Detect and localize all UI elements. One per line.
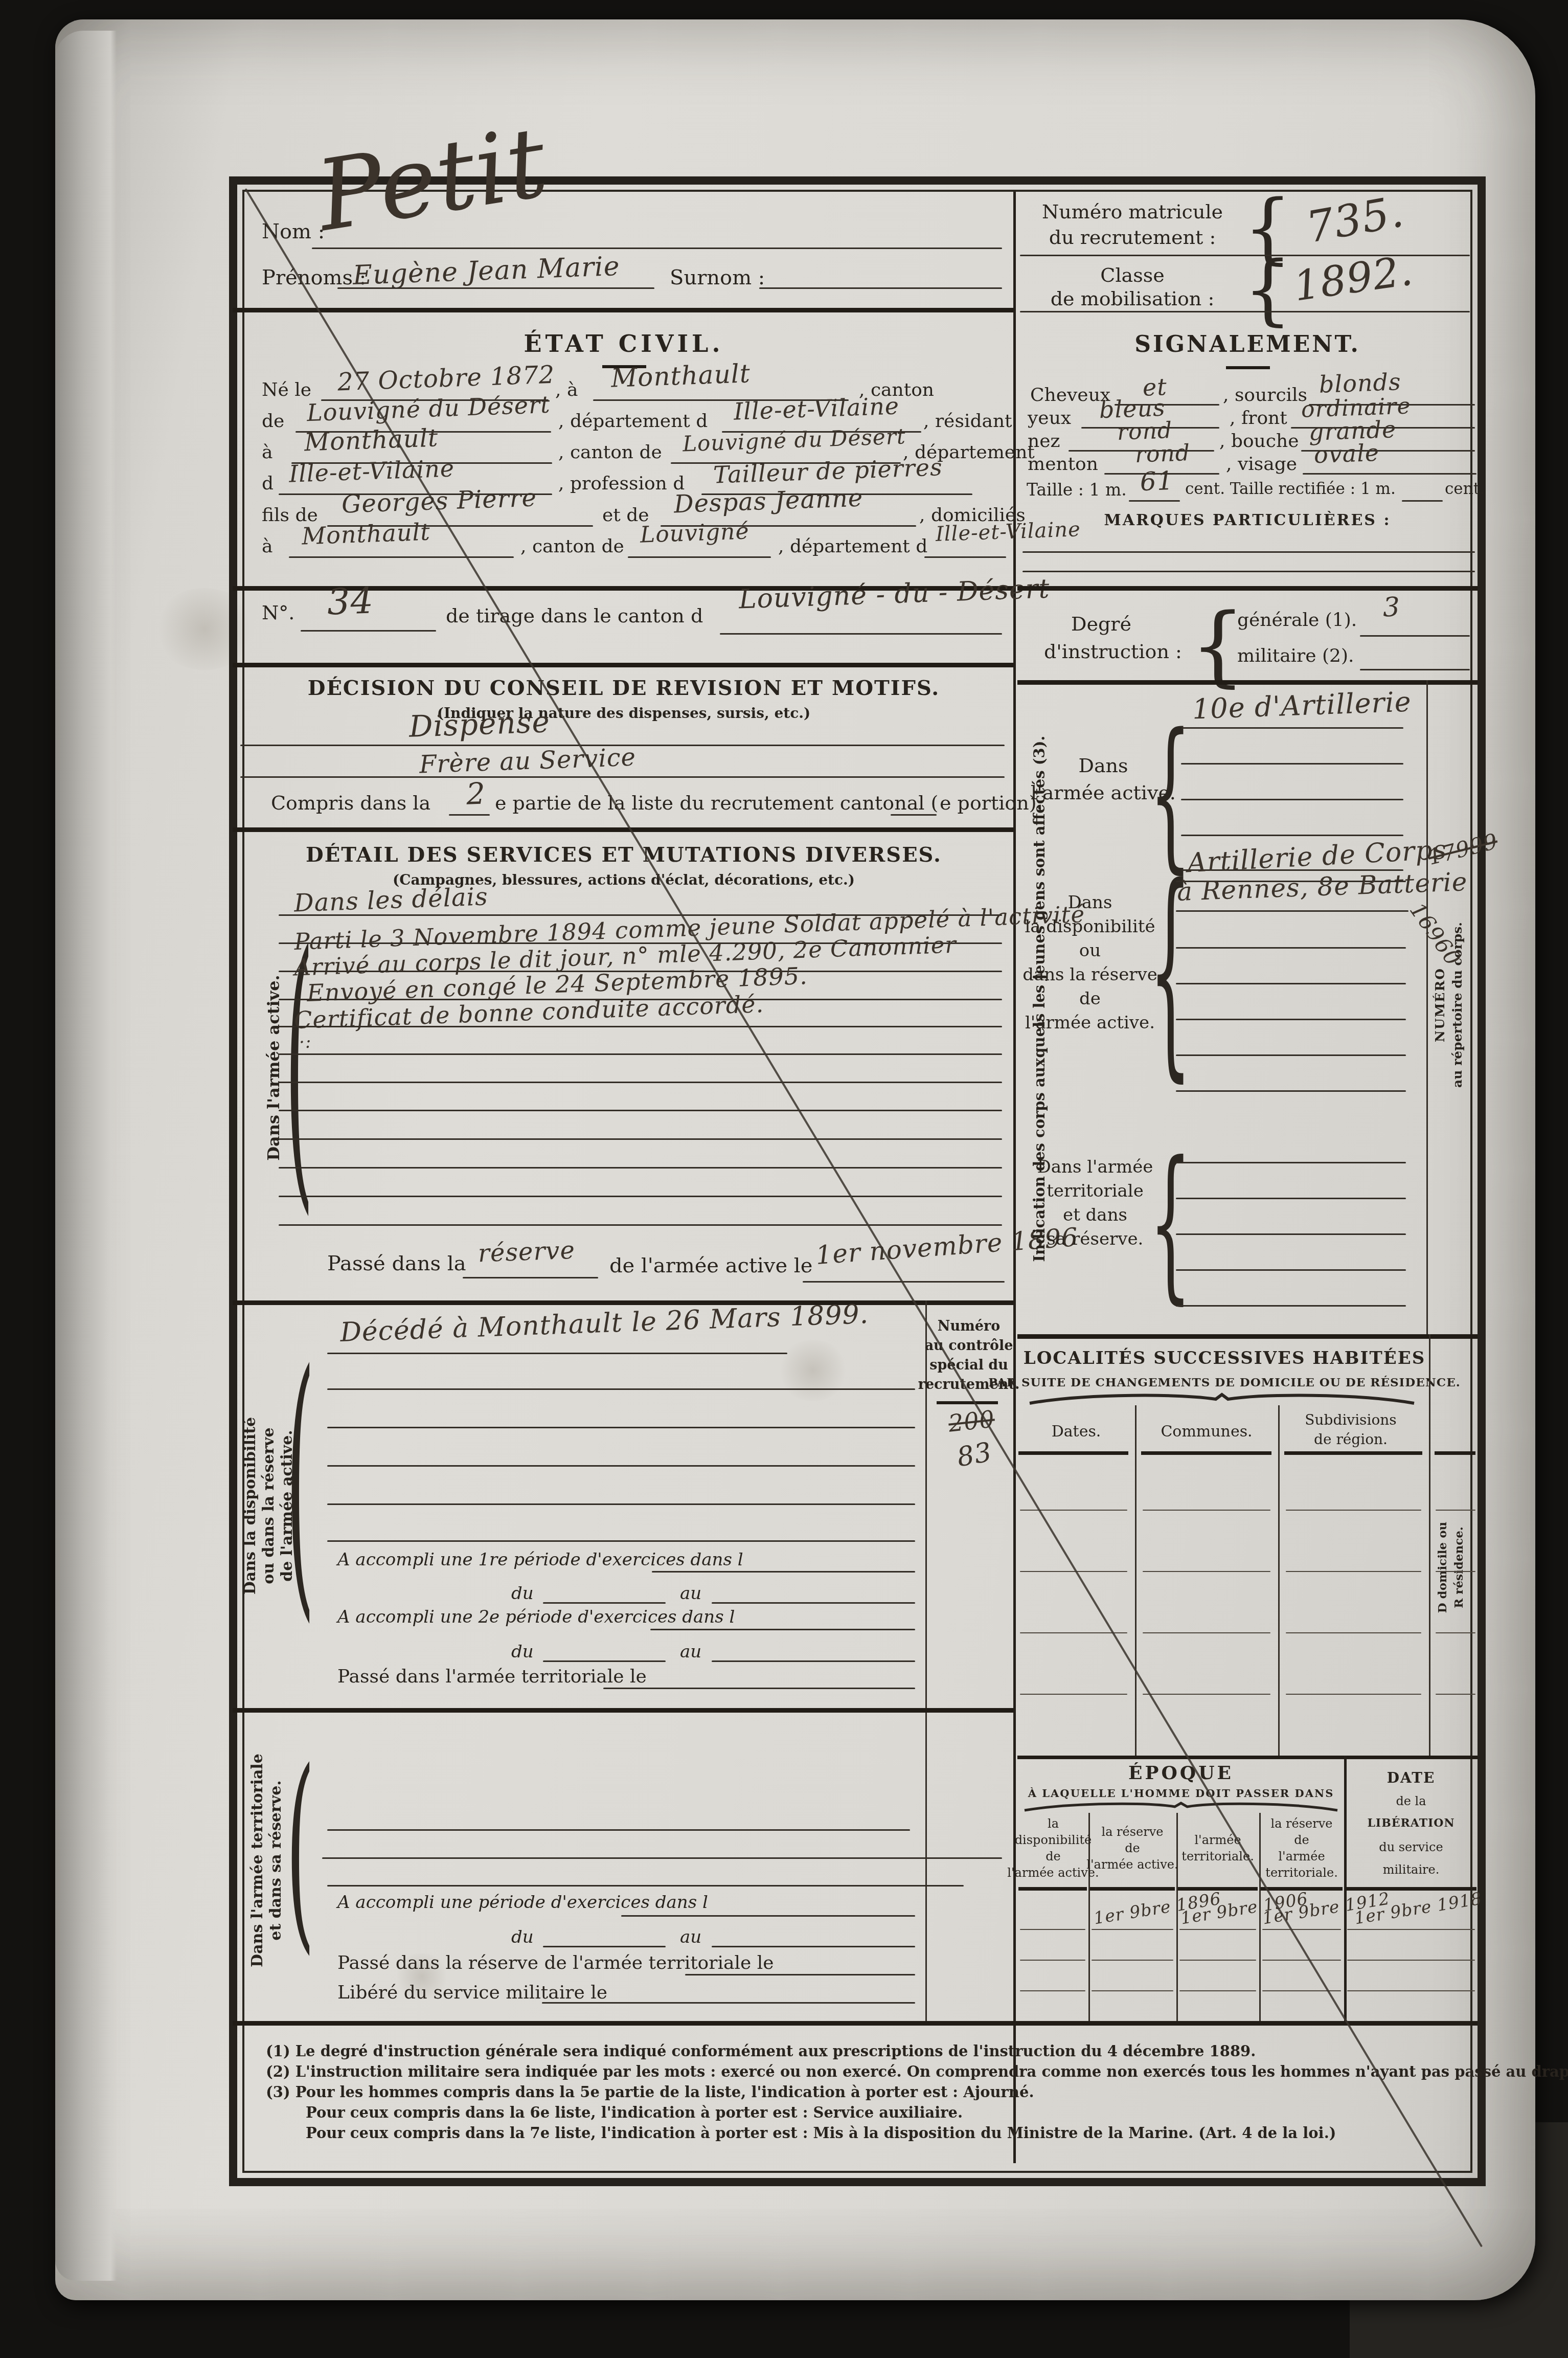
header-rule [1435,1451,1475,1455]
table-row-line [1143,1632,1270,1633]
ruled-line [279,1110,1002,1111]
matricule-label-1: Numéro matricule [1042,200,1223,223]
ruled-line [628,556,771,558]
controle-number: 83 [955,1437,994,1473]
visage-value: ovale [1313,439,1380,468]
side-label-line: Dans la disponibilité [241,1308,260,1704]
date-col-header: du service [1379,1840,1443,1854]
numero-column-divider [1426,680,1428,1335]
ruled-line [1022,551,1475,553]
ruled-line [327,1388,915,1390]
ruled-line [279,1026,1002,1027]
decision-title: DÉCISION DU CONSEIL DE REVISION ET MOTIF… [308,676,940,700]
ruled-line [1176,1090,1406,1092]
prenoms-label: Prénoms : [262,266,366,289]
epoque-col2: l'armée active. [1086,1857,1178,1872]
ruled-line [327,1427,915,1428]
classe-label-1: Classe [1100,264,1164,286]
label: , canton de [520,536,624,557]
table-row-line [1092,1960,1173,1961]
ink-mark: ·: [299,1032,312,1053]
epoque-col4: territoriale. [1265,1866,1338,1880]
ruled-line [1303,473,1476,475]
tirage-label: de tirage dans le canton d [446,604,703,627]
ruled-line [1360,669,1470,670]
brace-icon: { [1243,252,1292,328]
epoque-col4: la réserve [1270,1816,1332,1831]
side-label-line: Dans l'armée territoriale [248,1712,267,2009]
corps-dispo-label: dans la réserve [1022,964,1157,985]
date-col-header: LIBÉRATION [1367,1816,1455,1830]
etat-civil-title: ÉTAT CIVIL. [524,330,724,357]
birth-place-value: Monthault [610,358,751,393]
table-row-line [1436,1694,1475,1695]
epoque-col2: de [1125,1841,1140,1855]
ruled-line [621,1915,915,1917]
table-row-line [1262,1960,1341,1961]
ruled-line [759,287,1002,289]
ruled-line [1181,835,1403,836]
ruled-line [279,1053,1002,1055]
degre-label-2: d'instruction : [1044,640,1182,663]
ruled-line [543,1602,666,1604]
epoque-col4: de [1294,1833,1309,1847]
footnote-1: (1) Le degré d'instruction générale sera… [266,2042,1256,2060]
ornament-brace [1028,1392,1416,1405]
passe-reserve-label-2: de l'armée active le [609,1254,812,1277]
ruled-line [1176,1269,1406,1271]
au-label: au [680,1642,701,1662]
ruled-line [1176,1305,1406,1307]
compris-label: Compris dans la [271,792,430,814]
ruled-line [1360,635,1470,637]
controle-label: spécial du [929,1357,1008,1373]
taille-value: 61 [1140,466,1174,497]
numero-label-line: NUMÉRO [1431,862,1449,1148]
table-row-line [1436,1571,1475,1572]
bouche-label: , bouche [1219,431,1299,452]
menton-label: menton [1028,454,1098,475]
ruled-line [327,1540,915,1542]
passe-reserve-terr-label: Passé dans la réserve de l'armée territo… [337,1952,774,1973]
numero-repertoire-label: NUMÉRO au répertoire du corps. [1431,862,1466,1148]
table-row-line [1286,1510,1421,1511]
ruled-line [327,1829,910,1831]
side-label-territoriale: Dans l'armée territoriale et dans sa rés… [248,1712,285,2009]
ornament-brace [1022,1801,1339,1812]
du-label: du [511,1583,534,1604]
degre-label-1: Degré [1071,613,1131,635]
tirage-no-value: 34 [327,579,375,623]
signalement-title: SIGNALEMENT. [1134,331,1360,357]
ruled-line [289,556,514,558]
controle-rule [937,1401,998,1404]
side-label-line: ou dans la réserve [260,1308,278,1704]
ruled-line [1176,1019,1406,1020]
table-row-line [1020,1694,1127,1695]
departement-value: Ille-et-Vilaine [288,454,455,487]
passe-reserve-label: Passé dans la [327,1252,466,1275]
side-label-corps: Indication des corps auxquels les jeunes… [1031,684,1048,1313]
epoque-divider [1176,1813,1178,2021]
section-rule [233,663,1013,667]
ruled-line [543,1660,666,1662]
localites-subtitle: PAR SUITE DE CHANGEMENTS DE DOMICILE OU … [988,1376,1460,1389]
degre-generale-label: générale (1). [1237,610,1357,631]
header-rule [1018,1887,1087,1891]
menton-value: rond [1134,440,1191,468]
table-row-line [1179,1960,1256,1961]
header-rule [1346,1887,1476,1891]
table-row-line [1436,1510,1475,1511]
ruled-line [1176,1162,1406,1163]
ruled-line [1181,799,1403,800]
ruled-line [279,1167,1002,1169]
services-title: DÉTAIL DES SERVICES ET MUTATIONS DIVERSE… [306,843,942,867]
book-spine-edge [55,31,117,2281]
compris-label-2: e partie de la liste du recrutement cant… [495,792,938,814]
epoque-col1: disponibilité [1015,1833,1092,1847]
footnote-4: Pour ceux compris dans la 6e liste, l'in… [306,2104,963,2121]
corps-terr-label: territoriale [1047,1181,1144,1201]
table-row-line [1347,1929,1475,1930]
marques-label: MARQUES PARTICULIÈRES : [1104,511,1391,529]
corps-dispo-label: Dans [1068,892,1112,913]
ruled-line [301,630,436,632]
ruled-line [712,1602,915,1604]
cent-label: cent. [1445,480,1485,498]
section-rule [1017,586,1478,591]
title-rule [1226,366,1270,369]
table-row-line [1347,1960,1475,1961]
table-row-line [1020,1929,1085,1930]
date-col-header: DATE [1387,1769,1436,1786]
dr-label: D domicile ou R résidence. [1435,1455,1467,1680]
periode-terr-label: A accompli une période d'exercices dans … [337,1892,708,1913]
table-row-line [1020,1960,1085,1961]
brace-icon: { [1149,1139,1192,1306]
label: à [262,536,272,557]
ruled-line [542,2002,915,2004]
table-row-line [1143,1694,1270,1695]
epoque-col1: de [1046,1849,1061,1863]
tirage-no-label: N°. [262,601,294,624]
footnote-3: (3) Pour les hommes compris dans la 5e p… [266,2083,1034,2101]
passe-territoriale-label: Passé dans l'armée territoriale le [337,1666,647,1687]
section-rule [233,827,1013,832]
ruled-line [322,1857,1002,1859]
table-row-line [1262,1929,1341,1930]
surnom-label: Surnom : [670,266,765,289]
degre-generale-value: 3 [1382,592,1401,623]
footnote-5: Pour ceux compris dans la 7e liste, l'in… [306,2124,1336,2142]
label: d [262,473,274,494]
table-row-line [1179,1929,1256,1930]
ruled-line [1176,1054,1406,1056]
periode2-label: A accompli une 2e période d'exercices da… [337,1607,735,1627]
ruled-line [327,1885,964,1887]
ruled-line [712,1660,915,1662]
periode1-label: A accompli une 1re période d'exercices d… [337,1549,743,1570]
nez-label: nez [1028,431,1060,452]
table-row-line [1286,1694,1421,1695]
localites-title: LOCALITÉS SUCCESSIVES HABITÉES [1024,1348,1425,1368]
section-rule [233,1300,1013,1305]
sourcils-label: , sourcils [1223,385,1307,406]
label: à [262,442,272,463]
label: , résidant [923,411,1012,432]
ruled-line [1176,983,1406,984]
ruled-line [312,248,1002,249]
corps-dispo-label: de [1079,989,1101,1009]
ruled-line [1181,727,1403,729]
ruled-line [650,1629,915,1630]
table-row-line [1436,1632,1475,1633]
au-label: au [680,1583,701,1604]
label: , canton de [558,442,662,463]
corps-dispo-label: l'armée active. [1025,1013,1155,1033]
corps-active-label: Dans [1078,754,1128,777]
dr-label-line: D domicile ou [1435,1455,1451,1680]
epoque-col2: la réserve [1101,1825,1163,1839]
label: de [262,411,284,432]
table-row-line [1286,1632,1421,1633]
brace-icon: ( [286,1743,314,1956]
decision-value-1: Dispense [408,704,551,744]
epoque-col4: l'armée [1278,1849,1325,1863]
label: , département d [558,411,708,432]
ruled-line [327,1503,915,1505]
label: , département d [778,536,927,557]
controle-label: Numéro [938,1318,1000,1334]
scanned-register-page: { "colors":{"paper":"#d7d5d0","ink_print… [0,0,1568,2358]
canton-value: Louvigné [640,518,749,548]
ruled-line [720,633,1002,635]
ruled-line [1022,571,1475,572]
departement-value: Ille-et-Vilaine [733,392,900,425]
table-row-line [1020,1510,1127,1511]
ruled-line [1181,763,1403,765]
ruled-line [1020,311,1470,312]
taille-label: Taille : 1 m. [1027,480,1127,500]
compris-value: 2 [466,776,486,811]
dr-column-divider [1429,1334,1430,1756]
corps-dispo-label: la disponibilité [1025,916,1155,937]
table-row-line [1347,1990,1475,1991]
matricule-label-2: du recrutement : [1049,226,1216,249]
numero-label-line: au répertoire du corps. [1449,862,1466,1148]
localites-divider [1135,1405,1137,1756]
header-rule [1018,1451,1128,1455]
ruled-line [463,1277,598,1278]
ruled-line [652,1571,915,1573]
ruled-line [279,1196,1002,1197]
ruled-line [279,1082,1002,1083]
ruled-line [327,1465,915,1467]
controle-old-number: 200 [947,1405,996,1437]
degre-militaire-label: militaire (2). [1237,645,1354,666]
du-label: du [511,1927,534,1947]
table-row-line [1143,1571,1270,1572]
compris-label-3: e portion). [940,792,1043,814]
au-label: au [680,1927,701,1947]
epoque-divider [1259,1813,1261,2021]
table-row-line [1179,1990,1256,1991]
du-label: du [511,1642,534,1662]
side-label-line: et dans sa réserve. [267,1712,285,2009]
table-row-line [1092,1990,1173,1991]
controle-column-divider [925,1300,927,2023]
table-row-line [1092,1929,1173,1930]
section-rule [1017,680,1478,685]
ruled-line [279,1224,1002,1226]
epoque-top-rule [1017,1756,1478,1759]
dr-label-line: R résidence. [1451,1455,1467,1680]
col-header-dates: Dates. [1052,1423,1101,1441]
section-rule [1017,1334,1478,1339]
brace-icon: ( [286,1337,314,1623]
ruled-line [279,1138,1002,1140]
ruled-line [240,776,1005,778]
ruled-line [1402,500,1443,502]
epoque-title: ÉPOQUE [1128,1762,1234,1784]
yeux-label: yeux [1028,408,1071,429]
ruled-line [543,1946,666,1947]
residence-value: Monthault [304,423,439,457]
date-col-header: de la [1396,1794,1426,1808]
domicile-value: Monthault [301,518,431,550]
section-rule [233,308,1013,312]
header-rule [1090,1887,1175,1891]
localites-divider [1278,1405,1280,1756]
ruled-line [685,1974,915,1975]
ruled-line [327,1353,787,1354]
ruled-line [891,814,937,816]
label: , profession d [558,473,685,494]
table-row-line [1143,1510,1270,1511]
passe-reserve-value: réserve [478,1236,576,1268]
corps-terr-label: et dans [1063,1205,1127,1225]
epoque-col1: l'armée active. [1007,1866,1099,1880]
libere-label: Libéré du service militaire le [337,1982,607,2003]
visage-label: , visage [1226,454,1297,475]
header-rule [1284,1451,1422,1455]
ruled-line [337,287,654,289]
ruled-line [1176,947,1406,949]
col-header-communes: Communes. [1161,1423,1252,1441]
corps-terr-label: sa réserve. [1047,1229,1144,1249]
front-label: , front [1230,408,1287,429]
col-header-subdivisions: Subdivisions [1305,1411,1396,1428]
label: , à [555,379,578,400]
section-rule [233,1708,1013,1713]
corps-terr-label: Dans l'armée [1037,1157,1153,1177]
epoque-col1: la [1048,1816,1059,1831]
table-row-line [1020,1571,1127,1572]
ruled-line [924,556,1006,558]
corps-dispo-label: ou [1079,940,1101,961]
epoque-subtitle: À LAQUELLE L'HOMME DOIT PASSER DANS [1028,1787,1334,1800]
table-row-line [1020,1990,1085,1991]
ruled-line [1129,500,1180,502]
ruled-line [1176,1233,1406,1235]
ruled-line [1176,910,1408,912]
ruled-line [449,814,490,816]
ruled-line [712,1946,915,1947]
date-col-header: militaire. [1383,1862,1440,1877]
header-rule [1141,1451,1271,1455]
ruled-line [1176,1198,1406,1199]
section-rule [233,2021,1478,2026]
classe-label-2: de mobilisation : [1051,287,1214,310]
taille-rectifiee-label: cent. Taille rectifiée : 1 m. [1185,480,1396,498]
col-header-subdivisions: de région. [1314,1431,1388,1448]
birth-label: Né le [262,379,311,400]
table-row-line [1286,1571,1421,1572]
ruled-line [603,1688,915,1689]
